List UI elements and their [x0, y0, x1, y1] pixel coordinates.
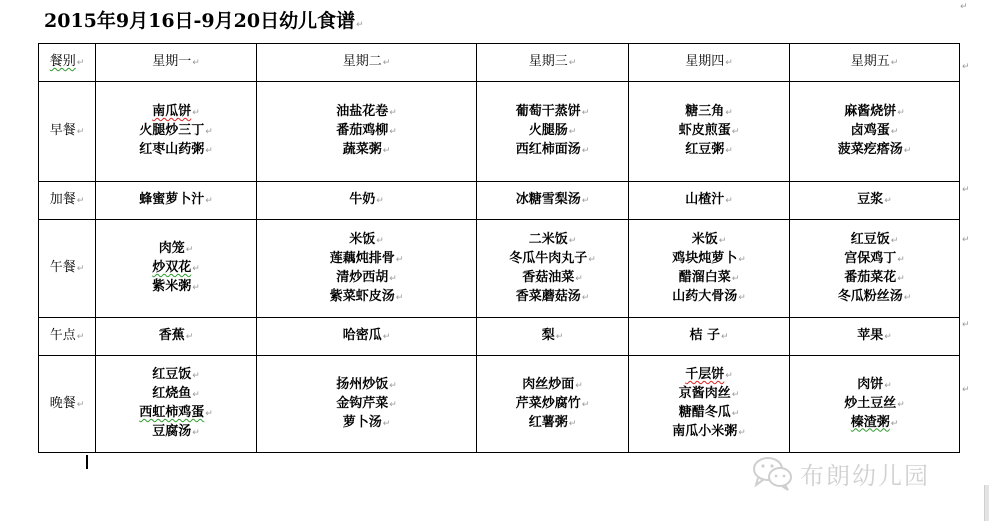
- meal-label-cell[interactable]: 晚餐↵: [39, 356, 96, 453]
- meal-row-afternoon-snack: 午点↵香蕉↵哈密瓜↵梨↵桔 子↵苹果↵: [39, 318, 960, 356]
- menu-cell-friday[interactable]: 红豆饭↵宫保鸡丁↵番茄菜花↵冬瓜粉丝汤↵: [790, 220, 960, 318]
- paragraph-mark-icon: ↵: [960, 2, 968, 12]
- corner-header-cell[interactable]: 餐别↵: [39, 44, 96, 82]
- paragraph-mark-icon: ↵: [962, 62, 970, 72]
- dish-item: 番茄菜花↵: [790, 269, 959, 288]
- paragraph-mark-icon: ↵: [962, 235, 970, 245]
- menu-cell-wednesday[interactable]: 肉丝炒面↵芹菜炒腐竹↵红薯粥↵: [477, 356, 629, 453]
- menu-cell-monday[interactable]: 肉笼↵炒双花↵紫米粥↵: [96, 220, 257, 318]
- menu-cell-wednesday[interactable]: 葡萄干蒸饼↵火腿肠↵西红柿面汤↵: [477, 82, 629, 182]
- text-cursor: [86, 455, 88, 469]
- menu-cell-thursday[interactable]: 千层饼↵京酱肉丝↵糖醋冬瓜↵南瓜小米粥↵: [629, 356, 790, 453]
- menu-cell-thursday[interactable]: 米饭↵鸡块炖萝卜↵醋溜白菜↵山药大骨汤↵: [629, 220, 790, 318]
- paragraph-mark-icon: ↵: [962, 185, 970, 195]
- dish-item: 糖醋冬瓜↵: [629, 404, 789, 423]
- day-header-tuesday[interactable]: 星期二↵: [257, 44, 477, 82]
- day-header-wednesday[interactable]: 星期三↵: [477, 44, 629, 82]
- dish-item: 鸡块炖萝卜↵: [629, 250, 789, 269]
- dish-item: 金钩芹菜↵: [257, 395, 476, 414]
- dish-item: 卤鸡蛋↵: [790, 122, 959, 141]
- dish-item: 二米饭↵: [477, 231, 628, 250]
- menu-cell-friday[interactable]: 麻酱烧饼↵卤鸡蛋↵菠菜疙瘩汤↵: [790, 82, 960, 182]
- scrollbar-edge[interactable]: [984, 485, 989, 521]
- dish-item: 红豆粥↵: [629, 141, 789, 160]
- meal-row-dinner: 晚餐↵红豆饭↵红烧鱼↵西虹柿鸡蛋↵豆腐汤↵扬州炒饭↵金钩芹菜↵萝卜汤↵肉丝炒面↵…: [39, 356, 960, 453]
- dish-item: 糖三角↵: [629, 103, 789, 122]
- dish-item: 红豆饭↵: [96, 366, 256, 385]
- dish-item: 京酱肉丝↵: [629, 385, 789, 404]
- day-header-thursday[interactable]: 星期四↵: [629, 44, 790, 82]
- dish-item: 虾皮煎蛋↵: [629, 122, 789, 141]
- dish-item: 梨↵: [477, 327, 628, 346]
- meal-row-snack: 加餐↵蜂蜜萝卜汁↵牛奶↵冰糖雪梨汤↵山楂汁↵豆浆↵: [39, 182, 960, 220]
- dish-item: 米饭↵: [629, 231, 789, 250]
- dish-item: 火腿肠↵: [477, 122, 628, 141]
- dish-item: 红烧鱼↵: [96, 385, 256, 404]
- dish-item: 千层饼↵: [629, 366, 789, 385]
- dish-item: 醋溜白菜↵: [629, 269, 789, 288]
- meal-row-lunch: 午餐↵肉笼↵炒双花↵紫米粥↵米饭↵莲藕炖排骨↵清炒西胡↵紫菜虾皮汤↵二米饭↵冬瓜…: [39, 220, 960, 318]
- dish-item: 蔬菜粥↵: [257, 141, 476, 160]
- meal-row-breakfast: 早餐↵南瓜饼↵火腿炒三丁↵红枣山药粥↵油盐花卷↵番茄鸡柳↵蔬菜粥↵葡萄干蒸饼↵火…: [39, 82, 960, 182]
- dish-item: 南瓜小米粥↵: [629, 423, 789, 442]
- meal-label-cell[interactable]: 早餐↵: [39, 82, 96, 182]
- menu-cell-monday[interactable]: 香蕉↵: [96, 318, 257, 356]
- menu-cell-thursday[interactable]: 糖三角↵虾皮煎蛋↵红豆粥↵: [629, 82, 790, 182]
- dish-item: 山药大骨汤↵: [629, 288, 789, 307]
- watermark: 布朗幼儿园: [752, 455, 930, 491]
- dish-item: 芹菜炒腐竹↵: [477, 395, 628, 414]
- dish-item: 香蕉↵: [96, 327, 256, 346]
- meal-label-cell[interactable]: 午点↵: [39, 318, 96, 356]
- dish-item: 萝卜汤↵: [257, 414, 476, 433]
- dish-item: 炒土豆丝↵: [790, 395, 959, 414]
- dish-item: 冬瓜牛肉丸子↵: [477, 250, 628, 269]
- document-title: 2015年9月16日-9月20日幼儿食谱↵: [44, 6, 364, 33]
- dish-item: 桔 子↵: [629, 327, 789, 346]
- paragraph-mark-icon: ↵: [962, 320, 970, 330]
- dish-item: 苹果↵: [790, 327, 959, 346]
- dish-item: 香菜蘑菇汤↵: [477, 288, 628, 307]
- dish-item: 西虹柿鸡蛋↵: [96, 404, 256, 423]
- menu-cell-wednesday[interactable]: 二米饭↵冬瓜牛肉丸子↵香菇油菜↵香菜蘑菇汤↵: [477, 220, 629, 318]
- menu-cell-friday[interactable]: 苹果↵: [790, 318, 960, 356]
- menu-cell-wednesday[interactable]: 梨↵: [477, 318, 629, 356]
- menu-cell-friday[interactable]: 豆浆↵: [790, 182, 960, 220]
- menu-cell-tuesday[interactable]: 哈密瓜↵: [257, 318, 477, 356]
- dish-item: 肉饼↵: [790, 376, 959, 395]
- dish-item: 西红柿面汤↵: [477, 141, 628, 160]
- dish-item: 米饭↵: [257, 231, 476, 250]
- dish-item: 豆浆↵: [790, 191, 959, 210]
- dish-item: 扬州炒饭↵: [257, 376, 476, 395]
- dish-item: 蜂蜜萝卜汁↵: [96, 191, 256, 210]
- dish-item: 菠菜疙瘩汤↵: [790, 141, 959, 160]
- menu-cell-monday[interactable]: 红豆饭↵红烧鱼↵西虹柿鸡蛋↵豆腐汤↵: [96, 356, 257, 453]
- dish-item: 冰糖雪梨汤↵: [477, 191, 628, 210]
- dish-item: 宫保鸡丁↵: [790, 250, 959, 269]
- menu-cell-friday[interactable]: 肉饼↵炒土豆丝↵榛渣粥↵: [790, 356, 960, 453]
- dish-item: 山楂汁↵: [629, 191, 789, 210]
- menu-cell-thursday[interactable]: 山楂汁↵: [629, 182, 790, 220]
- day-header-monday[interactable]: 星期一↵: [96, 44, 257, 82]
- dish-item: 莲藕炖排骨↵: [257, 250, 476, 269]
- day-header-friday[interactable]: 星期五↵: [790, 44, 960, 82]
- dish-item: 炒双花↵: [96, 259, 256, 278]
- menu-cell-wednesday[interactable]: 冰糖雪梨汤↵: [477, 182, 629, 220]
- dish-item: 番茄鸡柳↵: [257, 122, 476, 141]
- dish-item: 哈密瓜↵: [257, 327, 476, 346]
- menu-cell-monday[interactable]: 南瓜饼↵火腿炒三丁↵红枣山药粥↵: [96, 82, 257, 182]
- dish-item: 葡萄干蒸饼↵: [477, 103, 628, 122]
- header-row: 餐别↵ 星期一↵ 星期二↵ 星期三↵ 星期四↵ 星期五↵: [39, 44, 960, 82]
- meal-label-cell[interactable]: 加餐↵: [39, 182, 96, 220]
- menu-cell-tuesday[interactable]: 油盐花卷↵番茄鸡柳↵蔬菜粥↵: [257, 82, 477, 182]
- dish-item: 南瓜饼↵: [96, 103, 256, 122]
- dish-item: 红豆饭↵: [790, 231, 959, 250]
- dish-item: 紫米粥↵: [96, 278, 256, 297]
- dish-item: 紫菜虾皮汤↵: [257, 288, 476, 307]
- meal-label-cell[interactable]: 午餐↵: [39, 220, 96, 318]
- dish-item: 榛渣粥↵: [790, 414, 959, 433]
- menu-cell-thursday[interactable]: 桔 子↵: [629, 318, 790, 356]
- dish-item: 火腿炒三丁↵: [96, 122, 256, 141]
- menu-cell-monday[interactable]: 蜂蜜萝卜汁↵: [96, 182, 257, 220]
- watermark-text: 布朗幼儿园: [800, 456, 930, 491]
- paragraph-mark-icon: ↵: [962, 385, 970, 395]
- menu-cell-tuesday[interactable]: 扬州炒饭↵金钩芹菜↵萝卜汤↵: [257, 356, 477, 453]
- dish-item: 冬瓜粉丝汤↵: [790, 288, 959, 307]
- dish-item: 麻酱烧饼↵: [790, 103, 959, 122]
- dish-item: 油盐花卷↵: [257, 103, 476, 122]
- dish-item: 豆腐汤↵: [96, 423, 256, 442]
- dish-item: 牛奶↵: [257, 191, 476, 210]
- wechat-icon: [752, 455, 794, 491]
- paragraph-mark-icon: ↵: [356, 20, 364, 30]
- menu-table: 餐别↵ 星期一↵ 星期二↵ 星期三↵ 星期四↵ 星期五↵ 早餐↵南瓜饼↵火腿炒三…: [38, 43, 960, 453]
- dish-item: 红薯粥↵: [477, 414, 628, 433]
- menu-cell-tuesday[interactable]: 米饭↵莲藕炖排骨↵清炒西胡↵紫菜虾皮汤↵: [257, 220, 477, 318]
- dish-item: 清炒西胡↵: [257, 269, 476, 288]
- dish-item: 肉丝炒面↵: [477, 376, 628, 395]
- dish-item: 香菇油菜↵: [477, 269, 628, 288]
- dish-item: 肉笼↵: [96, 240, 256, 259]
- menu-cell-tuesday[interactable]: 牛奶↵: [257, 182, 477, 220]
- dish-item: 红枣山药粥↵: [96, 141, 256, 160]
